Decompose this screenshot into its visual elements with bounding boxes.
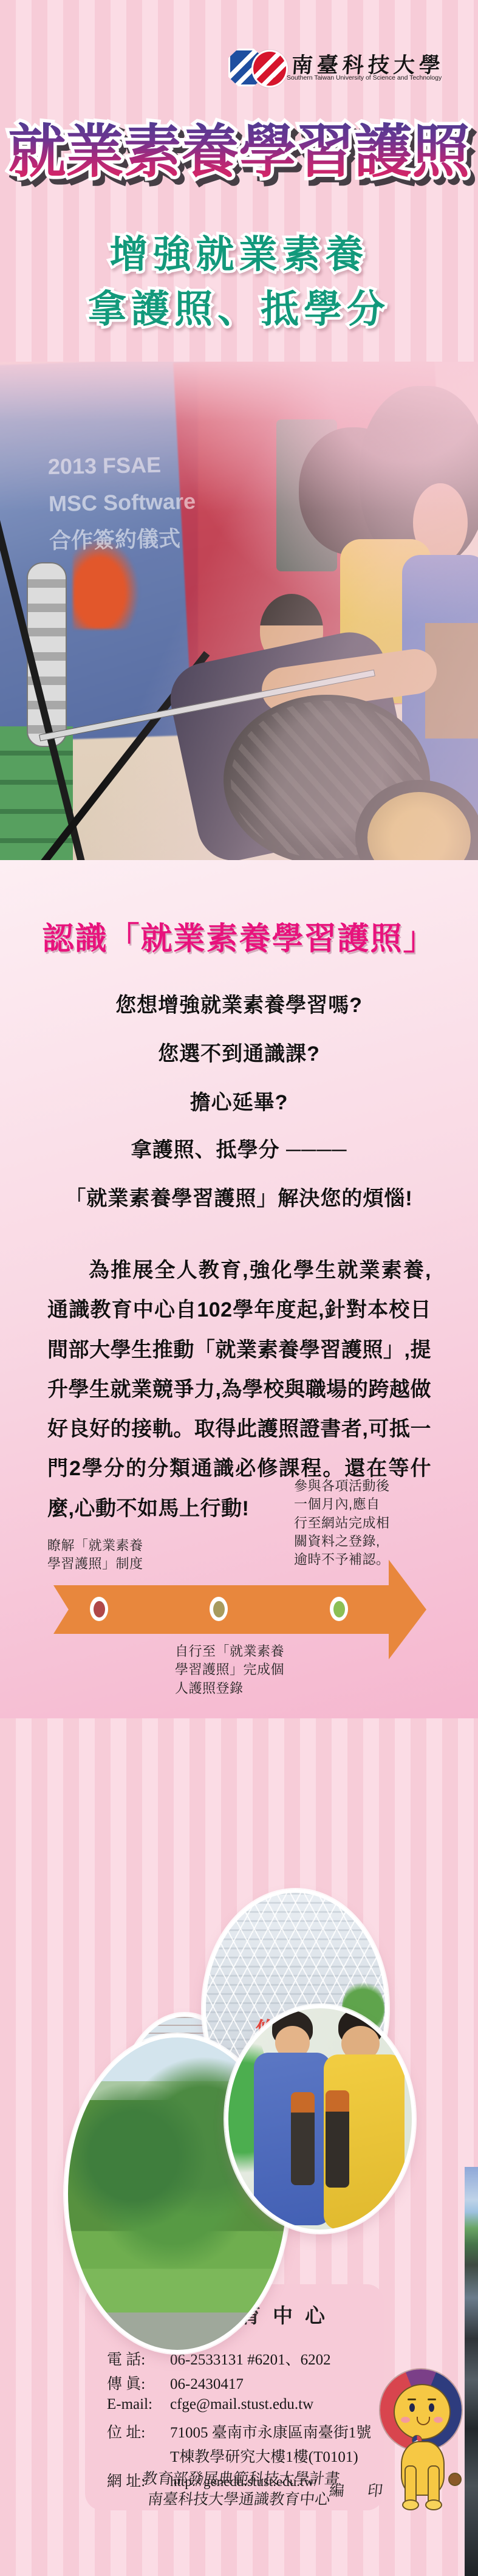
lion-mascot <box>375 2369 466 2515</box>
intro-heading: 認識「就業素養學習護照」 <box>0 913 478 959</box>
lion-face <box>394 2384 451 2440</box>
workshop-photo: 2013 FSAE MSC Software 合作簽約儀式 <box>0 362 478 860</box>
timeline-step-1-label: 瞭解「就業素養 學習護照」制度 <box>47 1537 151 1574</box>
header: 南臺科技大學 Southern Taiwan University of Sci… <box>228 46 447 89</box>
contact-row-address: 位 址: 71005 臺南市永康區南臺街1號 <box>107 2420 368 2445</box>
university-name-en: Southern Taiwan University of Science an… <box>287 74 445 81</box>
lion-eye <box>429 2403 434 2412</box>
hero-subtitle-2: 拿護照、抵學分 拿護照、抵學分 <box>0 278 478 334</box>
contact-row-email: E-mail: cfge@mail.stust.edu.tw <box>107 2396 368 2420</box>
intro-question: 「就業素養學習護照」解決您的煩惱! <box>0 1182 478 1211</box>
intro-question: 您選不到通識課? <box>0 1037 478 1067</box>
lion-eye <box>409 2403 415 2412</box>
lion-tail <box>448 2473 462 2486</box>
footer-credits: 教育部發展典範科技大學計畫 南臺科技大學通識教育中心 <box>137 2469 342 2510</box>
lion-mouth <box>417 2417 430 2425</box>
poster-root: 南臺科技大學 Southern Taiwan University of Sci… <box>0 0 478 2576</box>
photo-pink-haze-overlay <box>0 362 478 860</box>
timeline-dot-2 <box>210 1597 228 1621</box>
hero-subtitle-1: 增強就業素養 增強就業素養 <box>0 224 478 280</box>
timeline-step-3-label: 參與各項活動後 一個月內,應自 行至網站完成相 關資料之登錄, 逾時不予補認。 <box>294 1477 397 1569</box>
lion-cheek <box>434 2417 443 2423</box>
logo-red-shape <box>251 50 288 88</box>
intro-question: 您想增強就業素養學習嗎? <box>0 988 478 1018</box>
lion-cheek <box>401 2417 410 2423</box>
lion-paw <box>402 2499 419 2510</box>
robot-model <box>291 2092 315 2185</box>
lion-paw <box>425 2499 442 2510</box>
timeline-dot-1 <box>90 1597 108 1621</box>
contact-row-phone: 電 話: 06-2533131 #6201、6202 <box>107 2347 368 2372</box>
intro-question: 擔心延畢? <box>0 1086 478 1115</box>
right-edge-photo-sliver <box>465 2167 478 2576</box>
poster-title: 就業素養學習護照 就業素養學習護照 <box>0 119 478 196</box>
students-with-robots-photo <box>225 2005 415 2233</box>
footer-line-2: 南臺科技大學通識教育中心 <box>137 2490 340 2510</box>
timeline-dot-3 <box>330 1597 348 1621</box>
university-logo <box>228 47 279 85</box>
timeline-step-2-label: 自行至「就業素養 學習護照」完成個 人護照登錄 <box>175 1642 290 1698</box>
poster-title-text: 就業素養學習護照 <box>0 119 478 185</box>
footer-line-1: 教育部發展典範科技大學計畫 <box>140 2469 343 2490</box>
contact-row-fax: 傳 眞: 06-2430417 <box>107 2372 368 2396</box>
contact-row-address-2: T棟教學研究大樓1樓(T0101) <box>107 2445 368 2469</box>
intro-question: 拿護照、抵學分 ──── <box>0 1133 478 1163</box>
robot-model <box>326 2090 349 2188</box>
